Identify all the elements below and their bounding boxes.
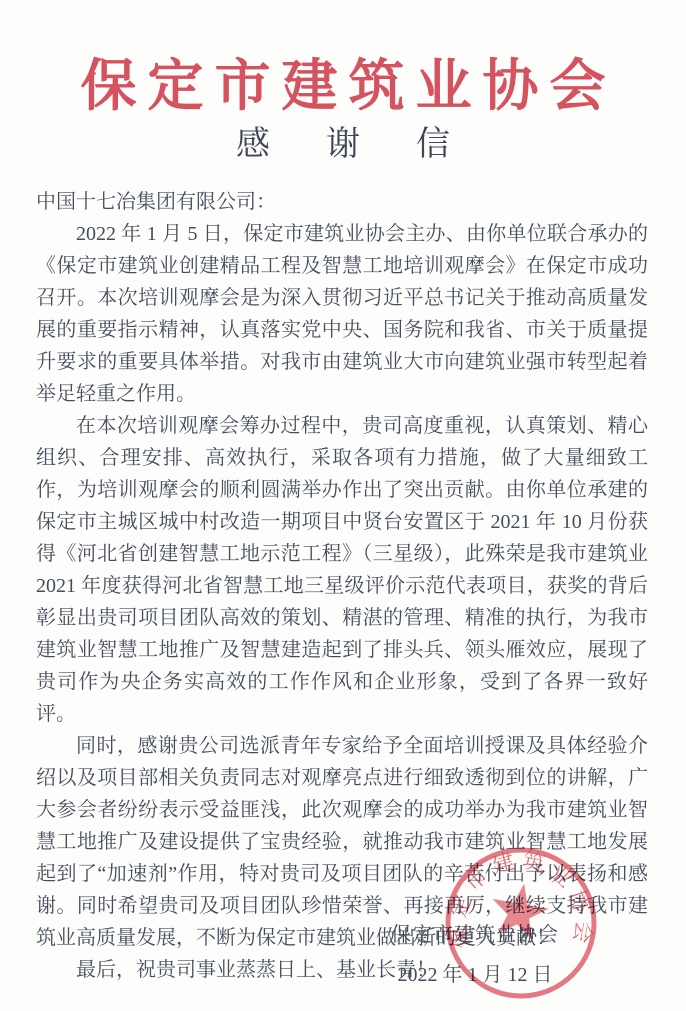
- letter-body: 中国十七冶集团有限公司： 2022 年 1 月 5 日，保定市建筑业协会主办、由…: [36, 186, 648, 986]
- thank-you-letter-page: 保定市建筑业协会 感谢信 中国十七冶集团有限公司： 2022 年 1 月 5 日…: [0, 0, 686, 1011]
- signature-date: 2022 年 1 月 12 日: [330, 958, 620, 987]
- signature-org: 保定市建筑业协会: [330, 918, 620, 947]
- association-name-title: 保定市建筑业协会: [0, 42, 686, 122]
- paragraph-1: 2022 年 1 月 5 日，保定市建筑业协会主办、由你单位联合承办的《保定市建…: [36, 218, 648, 410]
- letter-title: 感谢信: [0, 116, 686, 165]
- closing-block: 保定市建筑业协会 2022 年 1 月 12 日: [330, 918, 620, 987]
- salutation: 中国十七冶集团有限公司：: [36, 186, 648, 218]
- paragraph-2: 在本次培训观摩会筹办过程中，贵司高度重视，认真策划、精心组织、合理安排、高效执行…: [36, 410, 648, 730]
